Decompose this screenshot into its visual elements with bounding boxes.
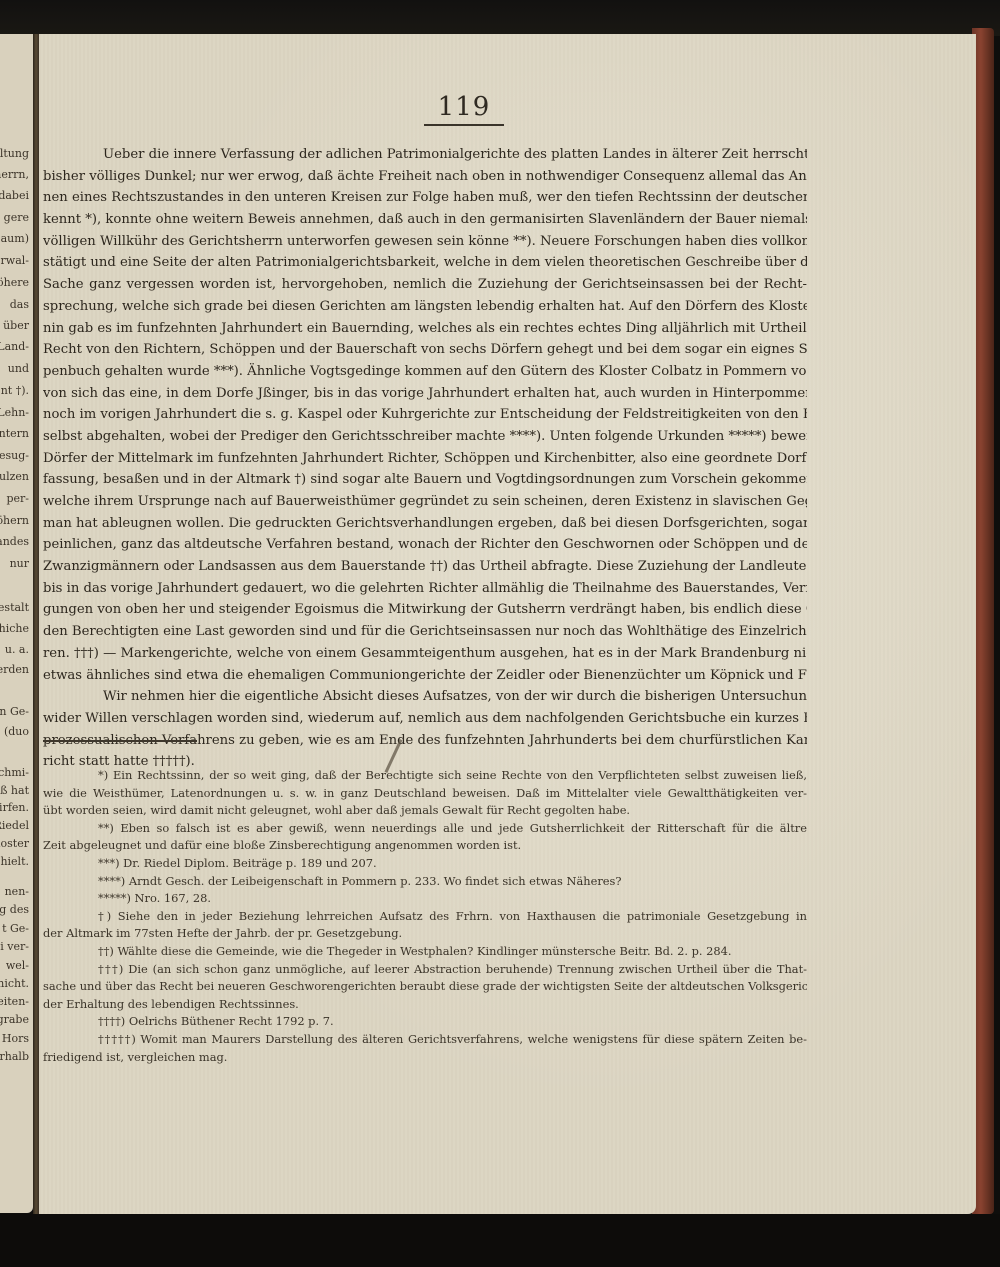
margin-fragment: aum) bbox=[1, 233, 29, 245]
margin-fragment: öhere bbox=[0, 277, 29, 289]
page-number: 119 bbox=[429, 92, 499, 122]
margin-fragment: grabe bbox=[0, 1014, 29, 1026]
margin-fragment: nt †). bbox=[1, 385, 29, 397]
margin-fragment: ß hat bbox=[0, 785, 29, 797]
margin-fragment: Riedel bbox=[0, 820, 29, 832]
margin-fragment: ulzen bbox=[0, 471, 29, 483]
body-line: kennt *), konnte ohne weitern Beweis ann… bbox=[43, 209, 807, 231]
margin-fragment: ltung bbox=[0, 148, 29, 160]
margin-fragment: irfen. bbox=[0, 802, 29, 814]
footnote-line: **) Eben so falsch ist es aber gewiß, we… bbox=[43, 820, 807, 838]
body-line: Zwanzigmännern oder Landsassen aus dem B… bbox=[43, 556, 807, 578]
body-line: Ueber die innere Verfassung der adlichen… bbox=[43, 144, 807, 166]
margin-fragment: (duo bbox=[4, 726, 29, 738]
body-line: den Berechtigten eine Last geworden sind… bbox=[43, 621, 807, 643]
body-line: gungen von oben her und steigender Egois… bbox=[43, 599, 807, 621]
margin-fragment: per- bbox=[6, 493, 29, 505]
margin-fragment: erden bbox=[0, 664, 29, 676]
margin-fragment: chmi- bbox=[0, 767, 29, 779]
body-line: ren. †††) — Markengerichte, welche von e… bbox=[43, 643, 807, 665]
margin-fragment: dabei bbox=[0, 190, 29, 202]
margin-fragment: g des bbox=[0, 904, 29, 916]
body-line: etwas ähnliches sind etwa die ehemaligen… bbox=[43, 665, 807, 687]
page-number-rule bbox=[424, 124, 504, 126]
footnote-line: †††) Die (an sich schon ganz unmögliche,… bbox=[43, 961, 807, 979]
margin-fragment: hiche bbox=[0, 623, 29, 635]
footnote-line: ****) Arndt Gesch. der Leibeigenschaft i… bbox=[43, 873, 807, 891]
margin-fragment: nen- bbox=[5, 886, 29, 898]
margin-fragment: Hors bbox=[2, 1033, 29, 1045]
margin-fragment: andes bbox=[0, 536, 29, 548]
margin-fragment: loster bbox=[0, 838, 29, 850]
margin-fragment: ntern bbox=[0, 428, 29, 440]
footnote-line: friedigend ist, vergleichen mag. bbox=[43, 1049, 807, 1067]
footnote-line: der Altmark im 77sten Hefte der Jahrb. d… bbox=[43, 925, 807, 943]
footnote-line: übt worden seien, wird damit nicht geleu… bbox=[43, 802, 807, 820]
footnote-line: wie die Weisthümer, Latenordnungen u. s.… bbox=[43, 785, 807, 803]
footnote-line: *) Ein Rechtssinn, der so weit ging, daß… bbox=[43, 767, 807, 785]
body-line: bis in das vorige Jahrhundert gedauert, … bbox=[43, 578, 807, 600]
body-line: nen eines Rechtszustandes in den unteren… bbox=[43, 187, 807, 209]
footnote-line: †) Siehe den in jeder Beziehung lehrreic… bbox=[43, 908, 807, 926]
body-line: welche ihrem Ursprunge nach auf Bauerwei… bbox=[43, 491, 807, 513]
margin-fragment: n Ge- bbox=[0, 706, 29, 718]
margin-fragment: nicht. bbox=[0, 978, 29, 990]
body-line: bisher völliges Dunkel; nur wer erwog, d… bbox=[43, 166, 807, 188]
body-line: man hat ableugnen wollen. Die gedruckten… bbox=[43, 513, 807, 535]
margin-fragment: i ver- bbox=[0, 941, 29, 953]
margin-fragment: und bbox=[8, 363, 29, 375]
margin-fragment: das bbox=[10, 299, 29, 311]
margin-fragment: Lehn- bbox=[0, 407, 29, 419]
body-line: fassung, besaßen und in der Altmark †) s… bbox=[43, 469, 807, 491]
margin-fragment: über bbox=[3, 320, 29, 332]
body-line: Recht von den Richtern, Schöppen und der… bbox=[43, 339, 807, 361]
margin-fragment: eiten- bbox=[0, 996, 29, 1008]
body-text: Ueber die innere Verfassung der adlichen… bbox=[43, 144, 807, 773]
margin-fragment: esug- bbox=[0, 450, 29, 462]
body-line: nin gab es im funfzehnten Jahrhundert ei… bbox=[43, 318, 807, 340]
body-line: stätigt und eine Seite der alten Patrimo… bbox=[43, 252, 807, 274]
margin-fragment: u. a. bbox=[5, 644, 29, 656]
footnote-line: der Erhaltung des lebendigen Rechtssinne… bbox=[43, 996, 807, 1014]
body-line: peinlichen, ganz das altdeutsche Verfahr… bbox=[43, 534, 807, 556]
margin-fragment: Land- bbox=[0, 341, 29, 353]
scan-background-top bbox=[0, 0, 1000, 36]
margin-fragment: öhern bbox=[0, 515, 29, 527]
footnote-line: ††††) Oelrichs Büthener Recht 1792 p. 7. bbox=[43, 1013, 807, 1031]
margin-fragment: wel- bbox=[6, 960, 29, 972]
margin-fragment: herrn, bbox=[0, 169, 29, 181]
margin-fragment: hielt. bbox=[0, 856, 29, 868]
body-line: Dörfer der Mittelmark im funfzehnten Jah… bbox=[43, 448, 807, 470]
book-page: 119 Ueber die innere Verfassung der adli… bbox=[39, 34, 976, 1214]
margin-fragment: gestalt bbox=[0, 602, 29, 614]
footnote-line: ***) Dr. Riedel Diplom. Beiträge p. 189 … bbox=[43, 855, 807, 873]
scan-background-bottom bbox=[0, 1214, 1000, 1267]
body-line: von sich das eine, in dem Dorfe Jßinger,… bbox=[43, 383, 807, 405]
body-line: noch im vorigen Jahrhundert die s. g. Ka… bbox=[43, 404, 807, 426]
footnote-line: Zeit abgeleugnet und dafür eine bloße Zi… bbox=[43, 837, 807, 855]
footnote-line: *****) Nro. 167, 28. bbox=[43, 890, 807, 908]
margin-fragment: nur bbox=[10, 558, 29, 570]
body-line: penbuch gehalten wurde ***). Ähnliche Vo… bbox=[43, 361, 807, 383]
body-line: Wir nehmen hier die eigentliche Absicht … bbox=[43, 686, 807, 708]
body-line: völligen Willkühr des Gerichtsherrn unte… bbox=[43, 231, 807, 253]
footnotes: *) Ein Rechtssinn, der so weit ging, daß… bbox=[43, 767, 807, 1066]
footnote-separator bbox=[43, 740, 197, 742]
margin-fragment: rhalb bbox=[0, 1051, 29, 1063]
margin-fragment: t Ge- bbox=[2, 923, 29, 935]
body-line: wider Willen verschlagen worden sind, wi… bbox=[43, 708, 807, 730]
body-line: selbst abgehalten, wobei der Prediger de… bbox=[43, 426, 807, 448]
footnote-line: sache und über das Recht bei neueren Ges… bbox=[43, 978, 807, 996]
margin-fragment: rwal- bbox=[1, 255, 29, 267]
footnote-line: †††††) Womit man Maurers Darstellung des… bbox=[43, 1031, 807, 1049]
margin-fragment: gere bbox=[4, 212, 29, 224]
facing-page-fragment: ltung herrn, dabei gere aum) rwal- öhere… bbox=[0, 34, 33, 1213]
body-line: Sache ganz vergessen worden ist, hervorg… bbox=[43, 274, 807, 296]
body-line: sprechung, welche sich grade bei diesen … bbox=[43, 296, 807, 318]
footnote-line: ††) Wählte diese die Gemeinde, wie die T… bbox=[43, 943, 807, 961]
